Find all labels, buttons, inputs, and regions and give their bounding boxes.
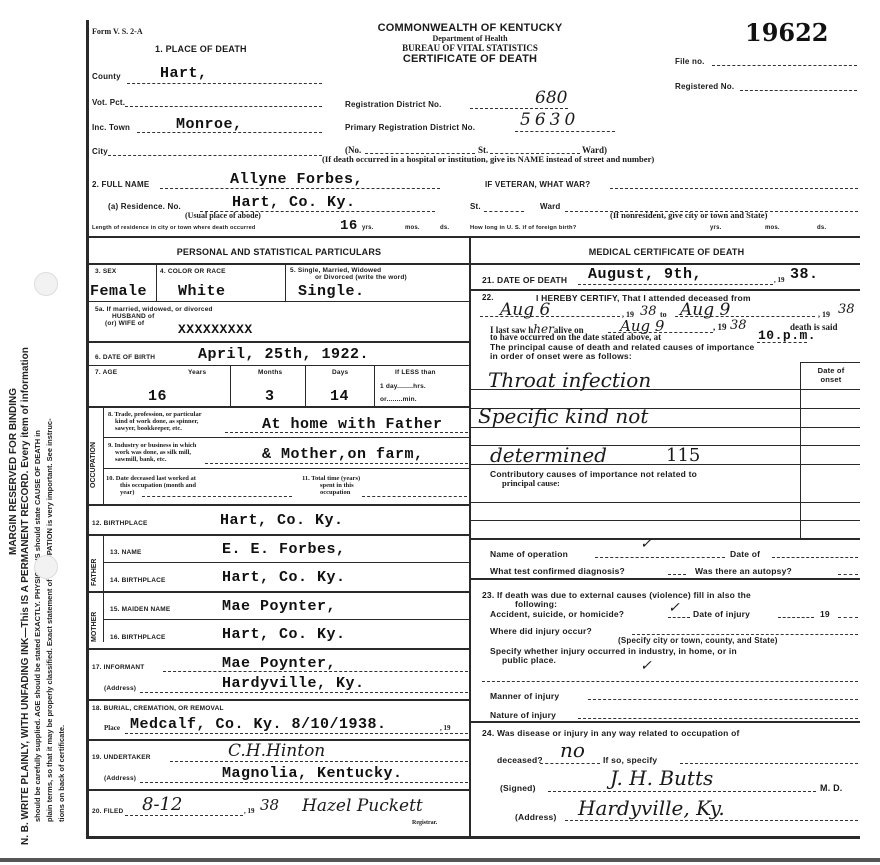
punch-hole bbox=[34, 272, 58, 296]
row-divider bbox=[470, 578, 860, 580]
signed-label: (Signed) bbox=[500, 783, 536, 793]
length-residence-years[interactable]: 16 bbox=[340, 218, 358, 234]
informant-address-underline bbox=[140, 692, 468, 693]
row-divider bbox=[103, 619, 469, 620]
row-divider bbox=[86, 301, 470, 302]
specify-where-check-mark: ✓ bbox=[640, 658, 652, 674]
total-time-label-3: occupation bbox=[320, 489, 350, 496]
accident-field[interactable] bbox=[668, 617, 690, 618]
operation-label: Name of operation bbox=[490, 549, 568, 559]
registrar-label: Registrar. bbox=[412, 820, 437, 826]
certificate-title: CERTIFICATE OF DEATH bbox=[335, 53, 605, 65]
occupation-tag-divider bbox=[103, 406, 104, 504]
operation-check-mark: ✓ bbox=[640, 536, 652, 552]
sex-value[interactable]: Female bbox=[90, 283, 147, 300]
form-left-border bbox=[86, 20, 89, 838]
industry-value[interactable]: & Mother,on farm, bbox=[262, 446, 424, 463]
external-causes-label-2: following: bbox=[515, 599, 557, 609]
registrar-signature[interactable]: Hazel Puckett bbox=[302, 796, 423, 816]
row-divider bbox=[103, 437, 469, 438]
personal-section-heading: PERSONAL AND STATISTICAL PARTICULARS bbox=[90, 247, 468, 257]
trade-label-3: sawyer, bookkeeper, etc. bbox=[115, 425, 182, 432]
residence-street-field[interactable] bbox=[484, 211, 524, 212]
occupation-tag: OCCUPATION bbox=[90, 442, 97, 488]
row-divider bbox=[86, 365, 470, 366]
accident-label: Accident, suicide, or homicide? bbox=[490, 609, 624, 619]
nature-injury-label: Nature of injury bbox=[490, 710, 556, 720]
inc-town-value[interactable]: Monroe, bbox=[176, 116, 243, 133]
last-worked-label-3: year) bbox=[120, 489, 134, 496]
date-of-death-underline bbox=[578, 284, 773, 285]
last-saw-year-prefix: , 19 bbox=[713, 322, 727, 332]
registration-district-value[interactable]: 680 bbox=[535, 88, 567, 108]
where-injury-field[interactable] bbox=[632, 634, 858, 635]
full-name-underline bbox=[160, 188, 440, 189]
cause-1-value[interactable]: Throat infection bbox=[488, 368, 651, 392]
less-than-label-3: or........min. bbox=[380, 396, 417, 403]
age-months-value[interactable]: 3 bbox=[265, 388, 275, 405]
city-label: City bbox=[92, 147, 108, 156]
age-months-label: Months bbox=[258, 369, 282, 376]
undertaker-address-underline bbox=[140, 782, 468, 783]
filed-year-prefix: , 19 bbox=[244, 807, 255, 815]
margin-instruction-line-2: should be carefully supplied. AGE should… bbox=[33, 430, 42, 822]
injury-year-label: 19 bbox=[820, 609, 830, 619]
autopsy-field[interactable] bbox=[838, 574, 858, 575]
physician-address-label: (Address) bbox=[515, 812, 556, 822]
row-divider bbox=[86, 699, 470, 701]
county-value[interactable]: Hart, bbox=[160, 65, 208, 82]
mother-name-value[interactable]: Mae Poynter, bbox=[222, 598, 336, 615]
foreign-yrs-label: yrs. bbox=[710, 225, 721, 231]
race-label: 4. COLOR OR RACE bbox=[160, 268, 226, 275]
father-birthplace-value[interactable]: Hart, Co. Ky. bbox=[222, 569, 346, 586]
burial-value[interactable]: Medcalf, Co. Ky. 8/10/1938. bbox=[130, 716, 387, 733]
mother-name-label: 15. MAIDEN NAME bbox=[110, 606, 170, 613]
length-yrs-label: yrs. bbox=[362, 225, 373, 231]
inc-town-label: Inc. Town bbox=[92, 123, 130, 132]
attend-to-year[interactable]: 38 bbox=[838, 302, 855, 317]
age-days-value[interactable]: 14 bbox=[330, 388, 349, 405]
last-worked-label-1: 10. Date deceased last worked at bbox=[106, 475, 196, 482]
primary-registration-value[interactable]: 5630 bbox=[520, 110, 579, 130]
cause-code: 115 bbox=[666, 445, 700, 466]
filed-year-value[interactable]: 38 bbox=[260, 796, 279, 814]
marital-label-1: 5. Single, Married, Widowed bbox=[290, 267, 381, 274]
less-than-label-2: 1 day........hrs. bbox=[380, 383, 426, 390]
deceased-label: deceased? bbox=[497, 755, 543, 765]
age-days-label: Days bbox=[332, 369, 348, 376]
date-of-onset-label: Date of onset bbox=[806, 366, 856, 384]
parent-tag-divider bbox=[103, 534, 104, 642]
section-divider bbox=[86, 236, 860, 238]
residence-label: (a) Residence. No. bbox=[108, 202, 181, 211]
father-name-value[interactable]: E. E. Forbes, bbox=[222, 541, 346, 558]
date-of-death-year-prefix: , 19 bbox=[774, 276, 785, 284]
birthplace-value[interactable]: Hart, Co. Ky. bbox=[220, 512, 344, 529]
cell-divider bbox=[230, 365, 231, 407]
margin-instruction-line-3: plain terms, so that it may be properly … bbox=[45, 418, 54, 822]
contributory-label-2: principal cause: bbox=[502, 478, 560, 488]
marital-label-2: or Divorced (write the word) bbox=[315, 274, 407, 281]
md-label: M. D. bbox=[820, 783, 843, 793]
undertaker-label: 19. UNDERTAKER bbox=[92, 754, 151, 761]
foreign-birth-label: How long in U. S. if of foreign birth? bbox=[470, 225, 576, 231]
bureau-name: BUREAU OF VITAL STATISTICS bbox=[335, 43, 605, 53]
margin-instruction-line-1: N. B. WRITE PLAINLY, WITH UNFADING INK—T… bbox=[20, 347, 31, 845]
binding-margin-label: MARGIN RESERVED FOR BINDING bbox=[8, 388, 19, 555]
birthplace-label: 12. BIRTHPLACE bbox=[92, 520, 148, 527]
marital-value[interactable]: Single. bbox=[298, 283, 365, 300]
filed-underline bbox=[125, 815, 243, 816]
dob-value[interactable]: April, 25th, 1922. bbox=[198, 346, 369, 363]
spouse-label-3: (or) WIFE of bbox=[105, 320, 144, 327]
burial-underline bbox=[125, 733, 468, 734]
row-divider bbox=[86, 789, 470, 791]
time-of-death-value[interactable]: 10.p.m. bbox=[758, 328, 816, 343]
father-birthplace-label: 14. BIRTHPLACE bbox=[110, 577, 166, 584]
informant-address-label: (Address) bbox=[104, 685, 136, 692]
principal-cause-text-2: in order of onset were as follows: bbox=[490, 351, 632, 361]
contributory-line bbox=[470, 520, 860, 521]
attend-to-value[interactable]: Aug 9 bbox=[680, 300, 730, 320]
certificate-header: COMMONWEALTH OF KENTUCKY Department of H… bbox=[335, 22, 605, 65]
registration-district-underline bbox=[470, 108, 568, 109]
date-of-death-value[interactable]: August, 9th, bbox=[588, 266, 702, 283]
specify-where-field[interactable] bbox=[482, 681, 858, 682]
race-value[interactable]: White bbox=[178, 283, 226, 300]
full-name-label: 2. FULL NAME bbox=[92, 180, 149, 189]
commonwealth-title: COMMONWEALTH OF KENTUCKY bbox=[335, 22, 605, 34]
residence-street-label: St. bbox=[470, 202, 481, 211]
cause-2-value[interactable]: Specific kind not bbox=[478, 404, 648, 428]
manner-injury-label: Manner of injury bbox=[490, 691, 559, 701]
date-of-operation-field[interactable] bbox=[772, 557, 858, 558]
vot-pct-field[interactable] bbox=[125, 106, 322, 107]
veteran-field[interactable] bbox=[610, 188, 858, 189]
row-divider bbox=[470, 263, 860, 265]
autopsy-label: Was there an autopsy? bbox=[695, 566, 792, 576]
full-name-value[interactable]: Allyne Forbes, bbox=[230, 171, 363, 188]
industry-label-1: 9. Industry or business in which bbox=[108, 442, 196, 449]
row-divider bbox=[103, 562, 469, 563]
certificate-number: 19622 bbox=[745, 18, 829, 47]
mother-birthplace-value[interactable]: Hart, Co. Ky. bbox=[222, 626, 346, 643]
dob-label: 6. DATE OF BIRTH bbox=[95, 354, 155, 361]
informant-address-value[interactable]: Hardyville, Ky. bbox=[222, 675, 365, 692]
primary-registration-label: Primary Registration District No. bbox=[345, 123, 475, 132]
operation-field[interactable] bbox=[595, 557, 725, 558]
informant-value[interactable]: Mae Poynter, bbox=[222, 655, 336, 672]
row-divider bbox=[86, 591, 470, 593]
occurred-text: to have occurred on the date stated abov… bbox=[490, 332, 661, 342]
onset-column-top bbox=[800, 362, 860, 363]
age-years-label: Years bbox=[188, 369, 206, 376]
column-divider bbox=[469, 236, 471, 838]
cell-divider bbox=[285, 263, 286, 301]
attend-to-year-prefix: , 19 bbox=[818, 310, 830, 319]
informant-label: 17. INFORMANT bbox=[92, 664, 144, 671]
certify-number: 22. bbox=[482, 293, 494, 302]
registration-district-label: Registration District No. bbox=[345, 100, 442, 109]
industry-label-2: work was done, as silk mill, bbox=[115, 449, 191, 456]
spouse-label-1: 5a. If married, widowed, or divorced bbox=[95, 306, 213, 313]
registered-no-label: Registered No. bbox=[675, 82, 734, 91]
row-divider bbox=[86, 341, 470, 343]
hospital-note: (If death occurred in a hospital or inst… bbox=[322, 154, 654, 164]
if-so-field[interactable] bbox=[680, 763, 858, 764]
burial-place-label: Place bbox=[104, 724, 120, 732]
trade-value[interactable]: At home with Father bbox=[262, 416, 443, 433]
filed-date-value[interactable]: 8-12 bbox=[142, 794, 182, 815]
page-edge bbox=[0, 858, 880, 862]
age-label: 7. AGE bbox=[95, 369, 117, 376]
specify-where-label-2: public place. bbox=[502, 655, 556, 665]
father-tag: FATHER bbox=[91, 559, 98, 586]
filed-label: 20. FILED bbox=[92, 808, 123, 815]
length-ds-label: ds. bbox=[440, 225, 449, 231]
specify-city-note: (Specify city or town, county, and State… bbox=[618, 636, 778, 645]
date-of-death-year[interactable]: 38. bbox=[790, 266, 819, 283]
foreign-ds-label: ds. bbox=[817, 225, 826, 231]
undertaker-address-label: (Address) bbox=[104, 775, 136, 782]
test-confirmed-field[interactable] bbox=[668, 574, 686, 575]
undertaker-underline bbox=[170, 761, 468, 762]
undertaker-signature[interactable]: C.H.Hinton bbox=[228, 741, 325, 761]
injury-date-field[interactable] bbox=[778, 617, 814, 618]
total-time-label-1: 11. Total time (years) bbox=[302, 475, 360, 482]
cause-3-value[interactable]: determined bbox=[490, 443, 607, 467]
veteran-label: IF VETERAN, WHAT WAR? bbox=[485, 180, 590, 189]
cell-divider bbox=[305, 365, 306, 407]
cell-divider bbox=[374, 365, 375, 407]
row-divider bbox=[86, 504, 470, 506]
mother-birthplace-label: 16. BIRTHPLACE bbox=[110, 634, 166, 641]
signed-underline bbox=[548, 791, 816, 792]
spouse-label-2: HUSBAND of bbox=[112, 313, 154, 320]
manner-injury-field[interactable] bbox=[588, 699, 858, 700]
contributory-line bbox=[470, 502, 860, 503]
physician-address-underline bbox=[565, 820, 858, 821]
residence-value[interactable]: Hart, Co. Ky. bbox=[232, 194, 356, 211]
physician-signature[interactable]: J. H. Butts bbox=[610, 766, 713, 790]
occupation-answer-underline bbox=[540, 763, 600, 764]
test-confirmed-label: What test confirmed diagnosis? bbox=[490, 566, 625, 576]
foreign-mos-label: mos. bbox=[765, 225, 780, 231]
form-number: Form V. S. 2-A bbox=[92, 27, 143, 36]
mother-tag: MOTHER bbox=[91, 612, 98, 642]
file-no-label: File no. bbox=[675, 57, 705, 66]
age-years-value[interactable]: 16 bbox=[148, 388, 167, 405]
if-so-label: If so, specify bbox=[603, 755, 657, 765]
undertaker-address-value[interactable]: Magnolia, Kentucky. bbox=[222, 765, 403, 782]
length-residence-label: Length of residence in city or town wher… bbox=[92, 225, 256, 231]
date-of-operation-label: Date of bbox=[730, 549, 760, 559]
margin-instruction-line-4: tions on back of certificate. bbox=[57, 725, 66, 822]
less-than-label-1: If LESS than bbox=[395, 369, 436, 376]
row-divider bbox=[86, 263, 470, 265]
row-divider bbox=[470, 721, 860, 723]
sex-label: 3. SEX bbox=[95, 268, 116, 275]
injury-date-label: Date of injury bbox=[693, 609, 750, 619]
cell-divider bbox=[156, 263, 157, 301]
county-underline bbox=[127, 83, 322, 84]
injury-year-field[interactable] bbox=[838, 617, 858, 618]
last-worked-field[interactable] bbox=[142, 496, 292, 497]
county-label: County bbox=[92, 72, 121, 81]
nature-injury-field[interactable] bbox=[578, 718, 858, 719]
form-bottom-border bbox=[86, 836, 860, 839]
where-injury-label: Where did injury occur? bbox=[490, 626, 592, 636]
spouse-value[interactable]: XXXXXXXXX bbox=[178, 322, 253, 337]
row-divider bbox=[86, 648, 470, 650]
attend-from-value[interactable]: Aug 6 bbox=[500, 300, 550, 320]
place-of-death-heading: 1. PLACE OF DEATH bbox=[155, 44, 247, 54]
nonresident-note: (If nonresident, give city or town and S… bbox=[610, 210, 767, 220]
last-worked-label-2: this occupation (month and bbox=[120, 482, 196, 489]
row-divider bbox=[470, 538, 860, 540]
trade-label-2: kind of work done, as spinner, bbox=[115, 418, 198, 425]
file-no-field[interactable] bbox=[712, 65, 857, 66]
registered-no-field[interactable] bbox=[740, 90, 857, 91]
primary-registration-underline bbox=[515, 131, 615, 132]
residence-ward-label: Ward bbox=[540, 202, 561, 211]
row-divider bbox=[103, 468, 469, 469]
row-divider bbox=[86, 406, 470, 408]
length-mos-label: mos. bbox=[405, 225, 420, 231]
vot-pct-label: Vot. Pct. bbox=[92, 98, 125, 107]
date-of-death-label: 21. DATE OF DEATH bbox=[482, 275, 567, 285]
occupation-answer-value[interactable]: no bbox=[560, 738, 585, 762]
abode-note: (Usual place of abode) bbox=[185, 211, 261, 220]
father-name-label: 13. NAME bbox=[110, 549, 142, 556]
total-time-field[interactable] bbox=[362, 496, 467, 497]
total-time-label-2: spent in this bbox=[320, 482, 354, 489]
accident-check-mark: ✓ bbox=[668, 600, 680, 616]
industry-underline bbox=[205, 463, 468, 464]
punch-hole bbox=[34, 555, 58, 579]
city-field[interactable] bbox=[108, 155, 322, 156]
medical-section-heading: MEDICAL CERTIFICATE OF DEATH bbox=[475, 247, 858, 257]
row-divider bbox=[86, 534, 470, 536]
occupation-related-label: 24. Was disease or injury in any way rel… bbox=[482, 728, 740, 738]
industry-label-3: sawmill, bank, etc. bbox=[115, 456, 166, 463]
trade-label-1: 8. Trade, profession, or particular bbox=[108, 411, 202, 418]
last-saw-year[interactable]: 38 bbox=[730, 318, 747, 333]
department-name: Department of Health bbox=[335, 34, 605, 43]
row-divider bbox=[470, 289, 860, 291]
burial-label: 18. BURIAL, CREMATION, OR REMOVAL bbox=[92, 705, 224, 712]
physician-address-value[interactable]: Hardyville, Ky. bbox=[578, 796, 725, 820]
burial-year-prefix: , 19 bbox=[440, 724, 451, 732]
